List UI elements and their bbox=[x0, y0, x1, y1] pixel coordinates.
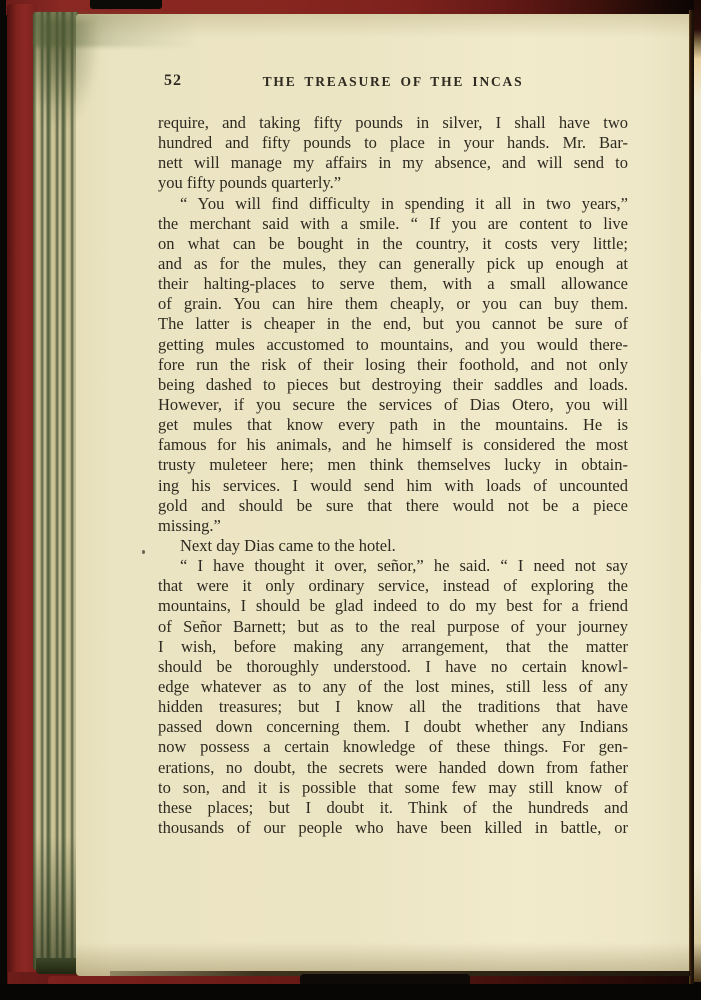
text-line: get mules that know every path in the mo… bbox=[158, 415, 628, 435]
paragraph: require, and taking fifty pounds in silv… bbox=[158, 113, 628, 194]
text-line: now possess a certain knowledge of these… bbox=[158, 737, 628, 757]
printed-text-area: 52 THE TREASURE OF THE INCAS require, an… bbox=[158, 72, 628, 838]
page-fore-edges bbox=[33, 12, 78, 970]
text-line: missing.” bbox=[158, 516, 628, 536]
paragraph: Next day Dias came to the hotel. bbox=[158, 536, 628, 556]
text-line: edge whatever as to any of the lost mine… bbox=[158, 677, 628, 697]
page-edge-smudge-corner bbox=[40, 20, 100, 130]
text-line: nett will manage my affairs in my absenc… bbox=[158, 153, 628, 173]
text-line: erations, no doubt, the secrets were han… bbox=[158, 758, 628, 778]
text-line: of grain. You can hire them cheaply, or … bbox=[158, 294, 628, 314]
text-line: trusty muleteer here; men think themselv… bbox=[158, 455, 628, 475]
facing-page-sliver bbox=[694, 0, 701, 982]
text-line: require, and taking fifty pounds in silv… bbox=[158, 113, 628, 133]
scan-speck bbox=[142, 550, 145, 554]
background-bottom bbox=[0, 984, 701, 1000]
text-line: I wish, before making any arrangement, t… bbox=[158, 637, 628, 657]
text-line: that were it only ordinary service, inst… bbox=[158, 576, 628, 596]
text-line: of Señor Barnett; but as to the real pur… bbox=[158, 617, 628, 637]
text-line: gold and should be sure that there would… bbox=[158, 496, 628, 516]
body-text: require, and taking fifty pounds in silv… bbox=[158, 113, 628, 838]
text-line: should be thoroughly understood. I have … bbox=[158, 657, 628, 677]
running-head: 52 THE TREASURE OF THE INCAS bbox=[158, 72, 628, 92]
text-line: Next day Dias came to the hotel. bbox=[158, 536, 628, 556]
text-line: mountains, I should be glad indeed to do… bbox=[158, 596, 628, 616]
text-line: being dashed to pieces but destroying th… bbox=[158, 375, 628, 395]
text-line: hundred and fifty pounds to place in you… bbox=[158, 133, 628, 153]
text-line: ing his services. I would send him with … bbox=[158, 476, 628, 496]
text-line: The latter is cheaper in the end, but yo… bbox=[158, 314, 628, 334]
text-line: However, if you secure the services of D… bbox=[158, 395, 628, 415]
text-line: the merchant said with a smile. “ If you… bbox=[158, 214, 628, 234]
text-line: famous for his animals, and he himself i… bbox=[158, 435, 628, 455]
text-line: “ I have thought it over, señor,” he sai… bbox=[158, 556, 628, 576]
cover-top-blotch bbox=[90, 0, 162, 9]
book-photo: 52 THE TREASURE OF THE INCAS require, an… bbox=[0, 0, 701, 1000]
text-line: thousands of our people who have been ki… bbox=[158, 818, 628, 838]
text-line: their halting-places to serve them, with… bbox=[158, 274, 628, 294]
text-line: passed down concerning them. I doubt whe… bbox=[158, 717, 628, 737]
paragraph: “ I have thought it over, señor,” he sai… bbox=[158, 556, 628, 838]
text-line: and as for the mules, they can generally… bbox=[158, 254, 628, 274]
text-line: fore run the risk of their losing their … bbox=[158, 355, 628, 375]
paragraph: “ You will find difficulty in spending i… bbox=[158, 194, 628, 536]
text-line: on what can be bought in the country, it… bbox=[158, 234, 628, 254]
text-line: hidden treasures; but I know all the tra… bbox=[158, 697, 628, 717]
text-line: to son, and it is possible that some few… bbox=[158, 778, 628, 798]
running-header-title: THE TREASURE OF THE INCAS bbox=[158, 74, 628, 90]
text-line: getting mules accustomed to mountains, a… bbox=[158, 335, 628, 355]
text-line: these places; but I doubt it. Think of t… bbox=[158, 798, 628, 818]
text-line: “ You will find difficulty in spending i… bbox=[158, 194, 628, 214]
text-line: you fifty pounds quarterly.” bbox=[158, 173, 628, 193]
book-page: 52 THE TREASURE OF THE INCAS require, an… bbox=[76, 14, 690, 976]
